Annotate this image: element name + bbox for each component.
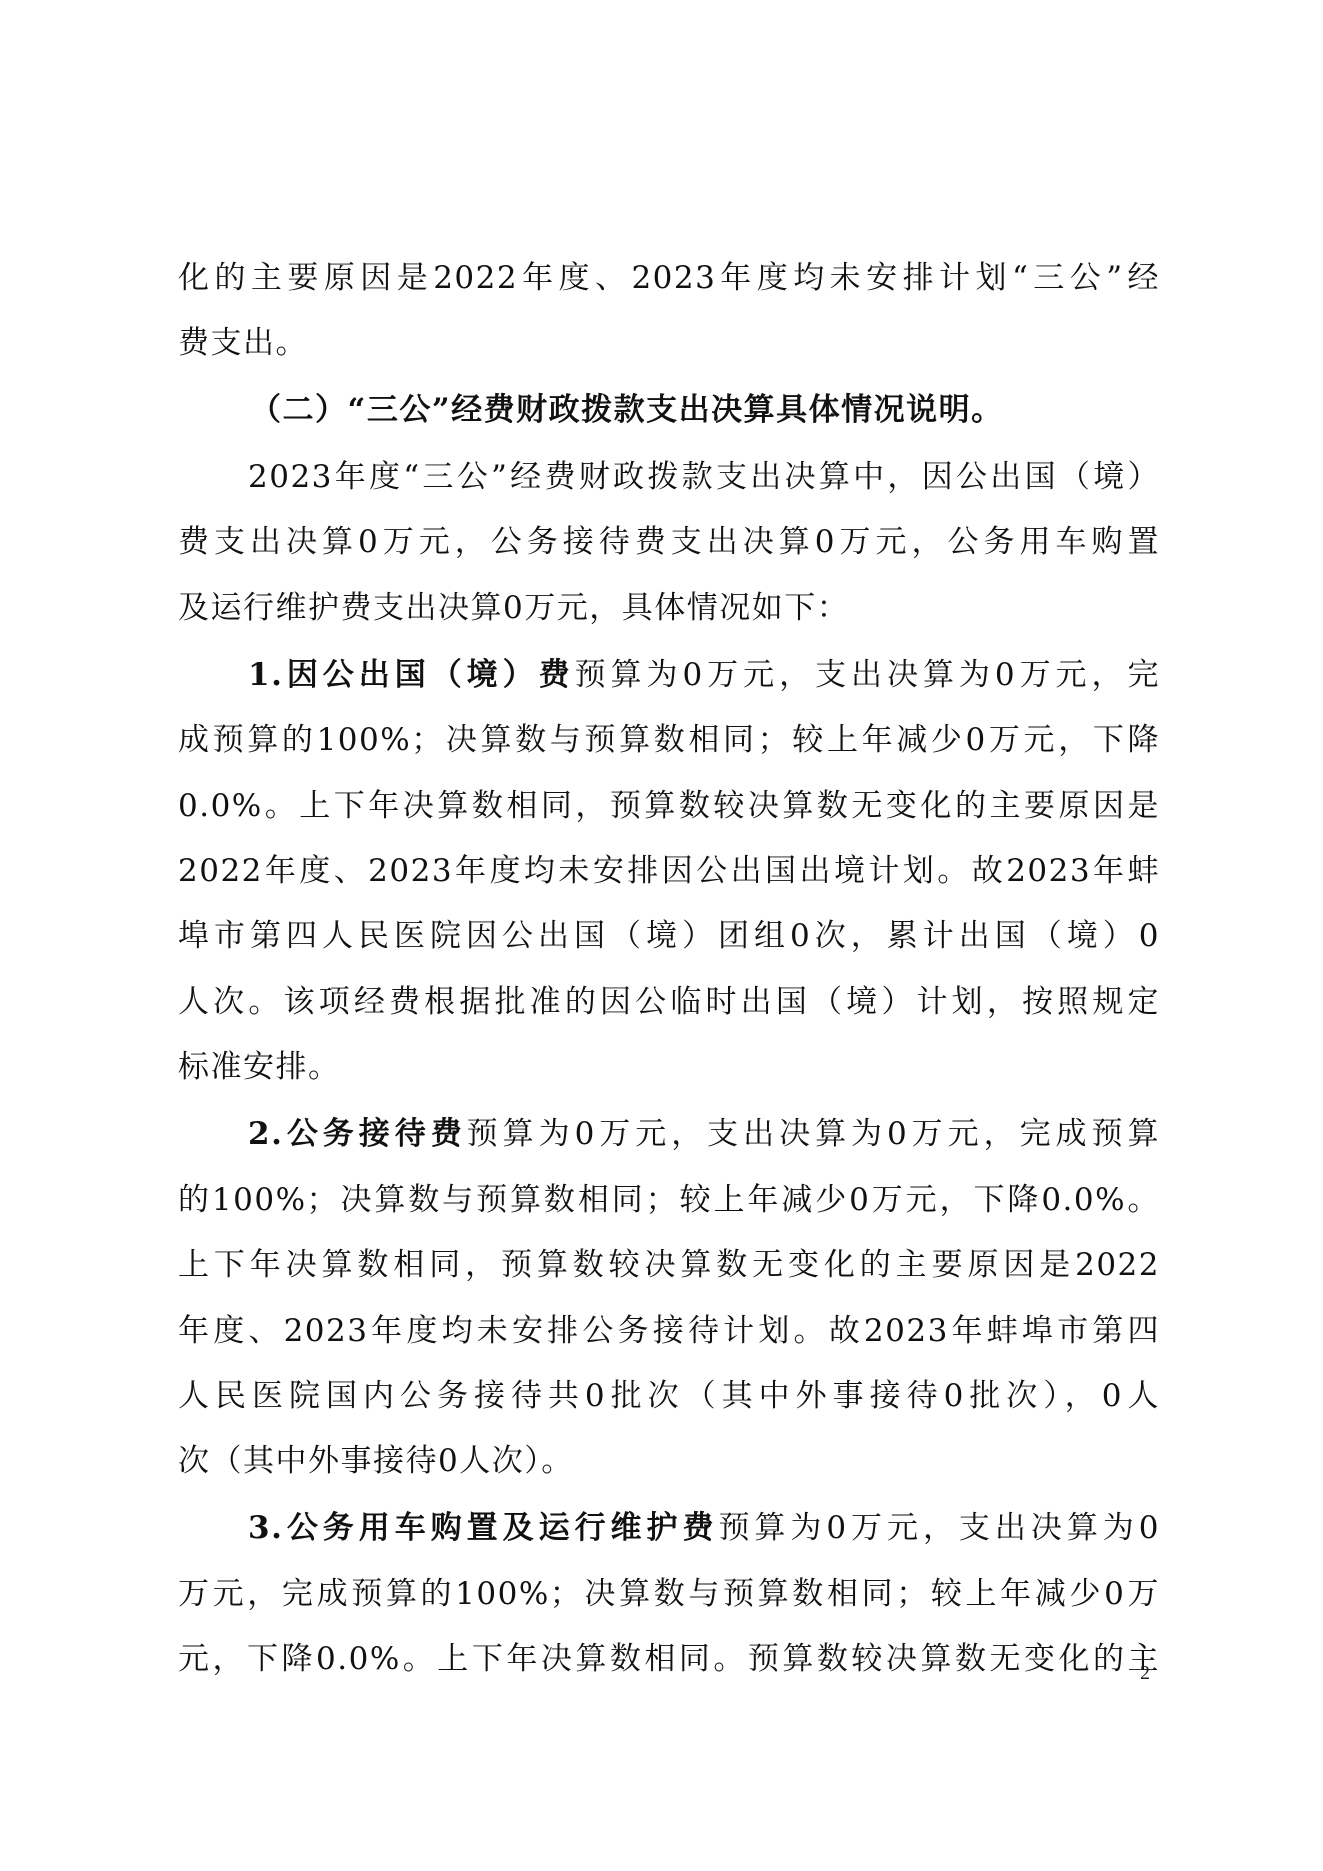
paragraph-line: 2023年度“三公”经费财政拨款支出决算中，因公出国（境） [248,457,1160,497]
item-first-line: 3.公务用车购置及运行维护费预算为0万元，支出决算为0 [248,1508,1160,1548]
paragraph-line: 化的主要原因是2022年度、2023年度均未安排计划“三公”经 [178,258,1160,298]
paragraph-line: 人次。该项经费根据批准的因公临时出国（境）计划，按照规定 [178,982,1160,1022]
paragraph-line: 0.0%。上下年决算数相同，预算数较决算数无变化的主要原因是 [178,786,1160,826]
paragraph-line: 上下年决算数相同，预算数较决算数无变化的主要原因是2022 [178,1245,1160,1285]
document-page: 化的主要原因是2022年度、2023年度均未安排计划“三公”经 费支出。 （二）… [0,0,1323,1871]
item-title: 1.因公出国（境）费 [248,657,575,693]
item-title: 3.公务用车购置及运行维护费 [248,1510,718,1546]
paragraph-line: 万元，完成预算的100%；决算数与预算数相同；较上年减少0万 [178,1574,1160,1614]
paragraph-line: 费支出。 [178,323,1160,363]
page-number: 2 [1140,1662,1150,1685]
paragraph-line: 的100%；决算数与预算数相同；较上年减少0万元，下降0.0%。 [178,1180,1160,1220]
paragraph-line: 费支出决算0万元，公务接待费支出决算0万元，公务用车购置 [178,522,1160,562]
paragraph-line: 2022年度、2023年度均未安排因公出国出境计划。故2023年蚌 [178,851,1160,891]
paragraph-line: 元，下降0.0%。上下年决算数相同。预算数较决算数无变化的主 [178,1639,1160,1679]
item-text: 预算为0万元，支出决算为0万元，完成预算 [467,1116,1160,1152]
paragraph-line: 年度、2023年度均未安排公务接待计划。故2023年蚌埠市第四 [178,1311,1160,1351]
paragraph-line: 成预算的100%；决算数与预算数相同；较上年减少0万元，下降 [178,720,1160,760]
item-first-line: 2.公务接待费预算为0万元，支出决算为0万元，完成预算 [248,1114,1160,1154]
paragraph-line: 及运行维护费支出决算0万元，具体情况如下： [178,588,1160,628]
item-text: 预算为0万元，支出决算为0 [718,1510,1160,1546]
paragraph-line: 次（其中外事接待0人次）。 [178,1441,1160,1481]
paragraph-line: 人民医院国内公务接待共0批次（其中外事接待0批次），0人 [178,1376,1160,1416]
paragraph-line: 埠市第四人民医院因公出国（境）团组0次，累计出国（境）0 [178,916,1160,956]
item-first-line: 1.因公出国（境）费预算为0万元，支出决算为0万元，完 [248,655,1160,695]
section-heading: （二）“三公”经费财政拨款支出决算具体情况说明。 [250,390,1160,430]
paragraph-line: 标准安排。 [178,1047,1160,1087]
item-text: 预算为0万元，支出决算为0万元，完 [575,657,1160,693]
item-title: 2.公务接待费 [248,1116,467,1152]
